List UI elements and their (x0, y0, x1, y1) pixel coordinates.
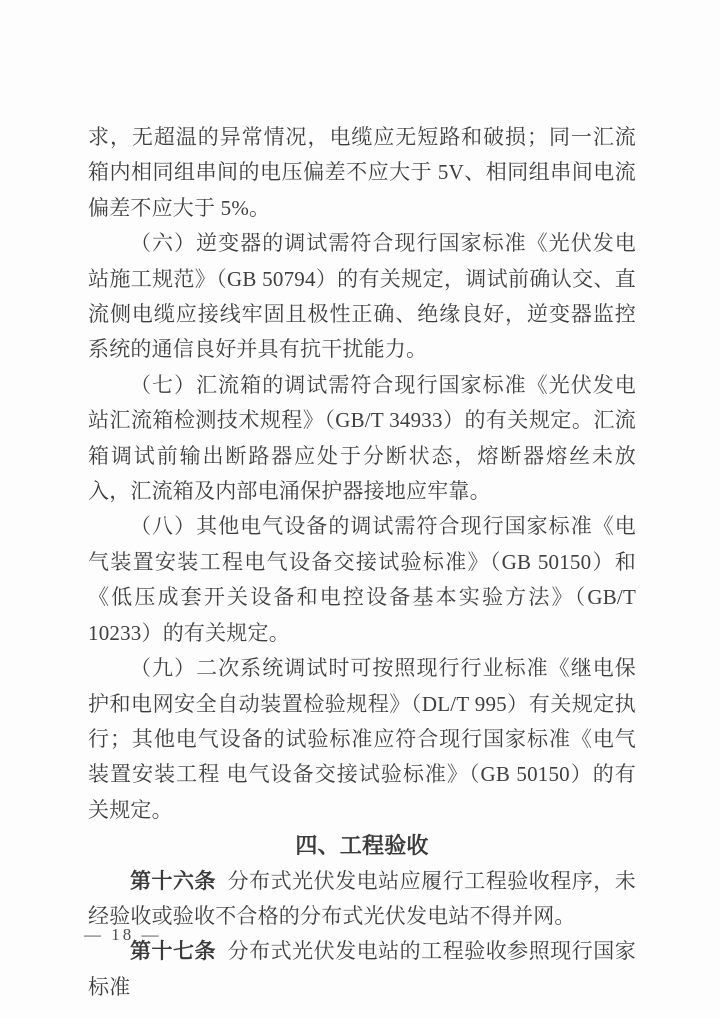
paragraph-article-16: 第十六条分布式光伏发电站应履行工程验收程序，未经验收或验收不合格的分布式光伏发电… (88, 864, 636, 935)
page-number: — 18 — (84, 925, 162, 945)
paragraph-item-8: （八）其他电气设备的调试需符合现行国家标准《电气装置安装工程电气设备交接试验标准… (88, 509, 636, 651)
section-heading: 四、工程验收 (88, 828, 636, 863)
document-body: 求，无超温的异常情况，电缆应无短路和破损；同一汇流箱内相同组串间的电压偏差不应大… (88, 120, 636, 1005)
paragraph-item-9: （九）二次系统调试时可按照现行行业标准《继电保护和电网安全自动装置检验规程》（D… (88, 651, 636, 828)
paragraph-item-6: （六）逆变器的调试需符合现行国家标准《光伏发电站施工规范》（GB 50794）的… (88, 226, 636, 368)
paragraph-article-17: 第十七条分布式光伏发电站的工程验收参照现行国家标准 (88, 934, 636, 1005)
paragraph-item-7: （七）汇流箱的调试需符合现行国家标准《光伏发电站汇流箱检测技术规程》（GB/T … (88, 368, 636, 510)
paragraph-continuation: 求，无超温的异常情况，电缆应无短路和破损；同一汇流箱内相同组串间的电压偏差不应大… (88, 120, 636, 226)
article-16-term: 第十六条 (130, 869, 216, 893)
document-page: 求，无超温的异常情况，电缆应无短路和破损；同一汇流箱内相同组串间的电压偏差不应大… (0, 0, 720, 1018)
